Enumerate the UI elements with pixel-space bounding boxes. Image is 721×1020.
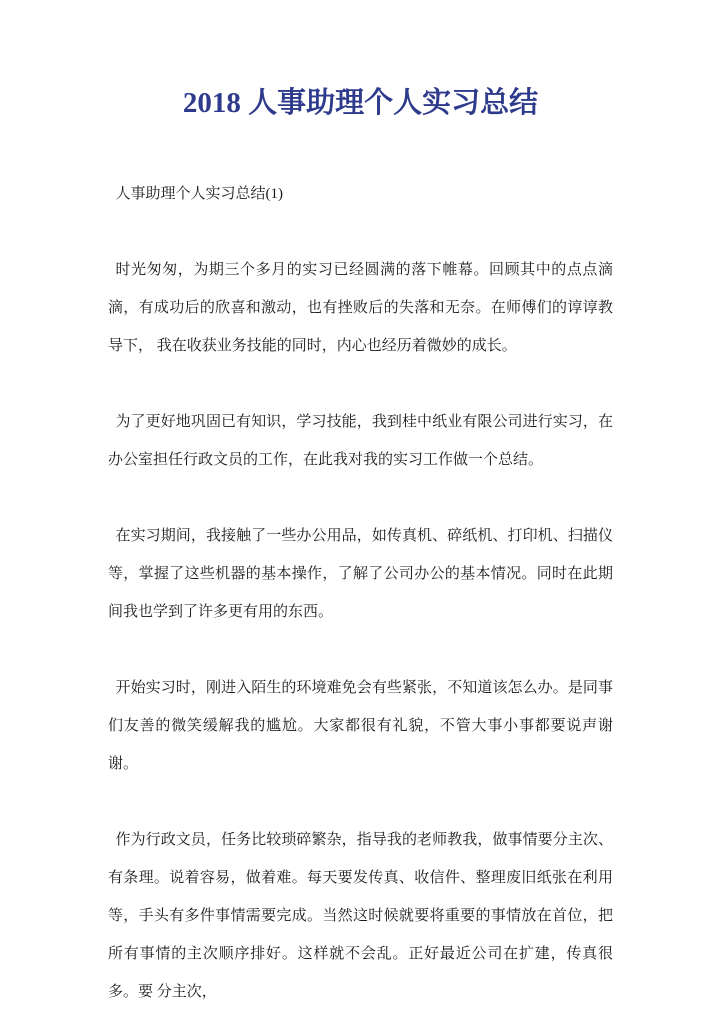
paragraph: 为了更好地巩固已有知识，学习技能，我到桂中纸业有限公司进行实习，在办公室担任行政… [108,403,613,479]
paragraph: 在实习期间，我接触了一些办公用品，如传真机、碎纸机、打印机、扫描仪等，掌握了这些… [108,517,613,631]
document-title: 2018 人事助理个人实习总结 [108,84,613,122]
paragraph: 开始实习时，刚进入陌生的环境难免会有些紧张，不知道该怎么办。是同事们友善的微笑缓… [108,669,613,783]
document-page: 2018 人事助理个人实习总结 人事助理个人实习总结(1) 时光匆匆，为期三个多… [0,0,721,1020]
paragraph: 时光匆匆，为期三个多月的实习已经圆满的落下帷幕。回顾其中的点点滴滴，有成功后的欣… [108,251,613,365]
document-body: 时光匆匆，为期三个多月的实习已经圆满的落下帷幕。回顾其中的点点滴滴，有成功后的欣… [108,251,613,1011]
paragraph: 作为行政文员，任务比较琐碎繁杂，指导我的老师教我，做事情要分主次、有条理。说着容… [108,821,613,1011]
document-subtitle: 人事助理个人实习总结(1) [108,175,613,213]
